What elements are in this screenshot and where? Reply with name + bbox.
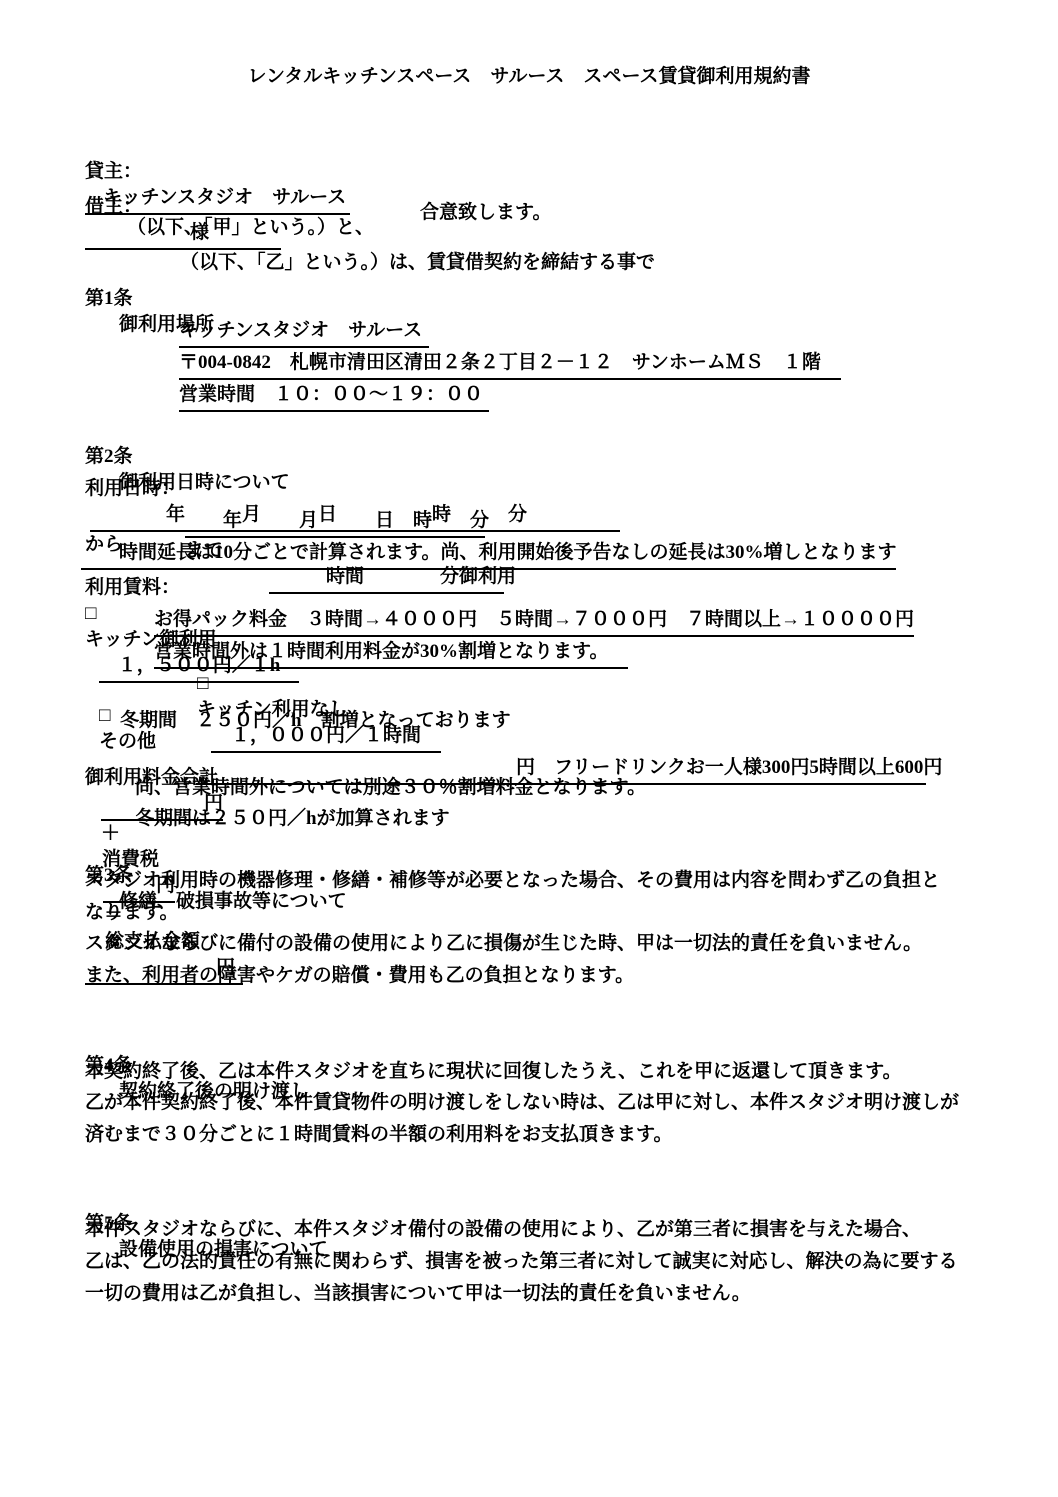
winter-note-line: 冬期間 ２５０円／h 割増となっております xyxy=(120,708,511,734)
article5-body-line: 本件スタジオならびに、本件スタジオ備付の設備の使用により、乙が第三者に損害を与え… xyxy=(85,1217,921,1243)
article3-body-line: また、利用者の障害やケガの賠償・費用も乙の負担となります。 xyxy=(85,963,634,989)
kitchen-use-checkbox[interactable]: □ xyxy=(85,603,96,624)
lessee-name-underline: 様 xyxy=(85,220,281,250)
agreement-line: 合意致します。 xyxy=(420,200,551,226)
business-hours: 営業時間 １０：００～１９：００ xyxy=(179,382,489,412)
lessee-label: 借主： xyxy=(85,196,142,217)
article4-body-line: 済むまで３０分ごとに１時間賃料の半額の利用料をお支払頂きます。 xyxy=(85,1122,672,1148)
other-checkbox[interactable]: □ xyxy=(99,705,110,726)
article1-number: 第1条 xyxy=(85,288,133,309)
lessee-name: 様 xyxy=(190,222,209,243)
article3-body-line: スタジオ利用時の機器修理・修繕・補修等が必要となった場合、その費用は内容を問わず… xyxy=(85,868,940,894)
article3-body-line: なります。 xyxy=(85,900,178,926)
article3-body-line: スタジオならびに備付の設備の使用により乙に損傷が生じた時、甲は一切法的責任を負い… xyxy=(85,931,922,957)
article4-body-line: 本契約終了後、乙は本件スタジオを直ちに現状に回復したうえ、これを甲に返還して頂き… xyxy=(85,1059,902,1085)
article5-body-line: 乙は、乙の法的責任の有無に関わらず、損害を被った第三者に対して誠実に対応し、解決… xyxy=(85,1249,957,1275)
winter-surcharge-line: 冬期間は２５０円／hが加算されます xyxy=(135,806,450,832)
contract-document: レンタルキッチンスペース サルース スペース賃貸御利用規約書 貸主： キッチンス… xyxy=(0,0,1058,1497)
article4-body-line: 乙が本件契約終了後、本件賃貸物件の明け渡しをしない時は、乙は甲に対し、本件スタジ… xyxy=(85,1090,959,1116)
document-title: レンタルキッチンスペース サルース スペース賃貸御利用規約書 xyxy=(0,64,1058,90)
article5-body-line: 一切の費用は乙が負担し、当該損害について甲は一切法的責任を負いません。 xyxy=(85,1281,751,1307)
overtime-surcharge-line: 尚、営業時間外については別途３０％割増料金となります。 xyxy=(135,775,646,801)
lessee-after-text: （以下、「乙」という。）は、賃貸借契約を締結する事で xyxy=(180,252,655,273)
